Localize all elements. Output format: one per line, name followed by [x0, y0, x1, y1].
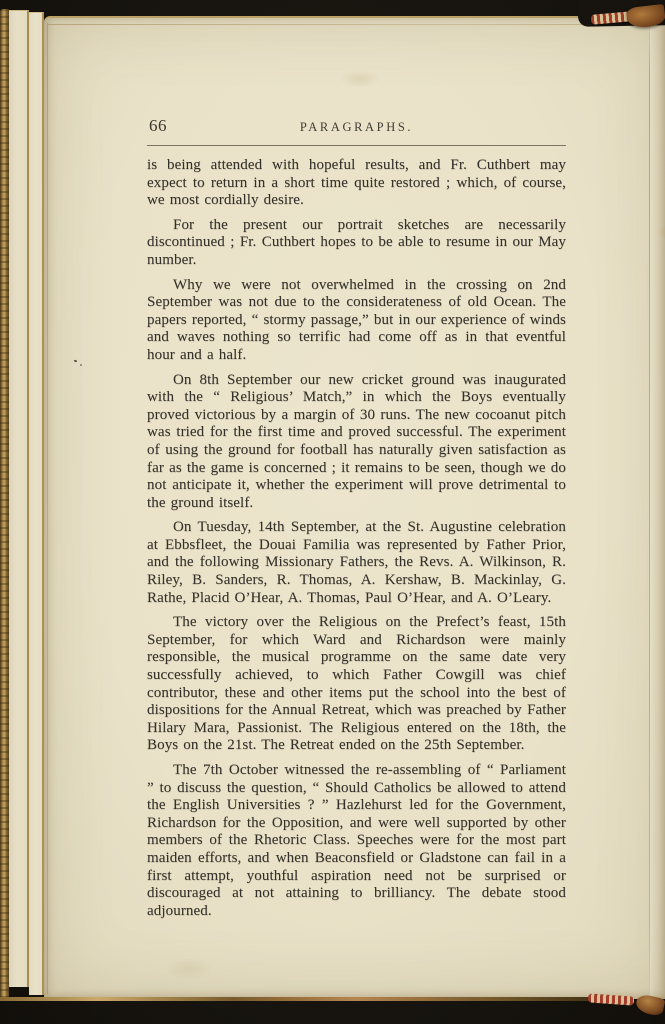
- ink-speck: [80, 364, 82, 366]
- paragraph-5: On Tuesday, 14th September, at the St. A…: [147, 519, 566, 607]
- paper-stain: [340, 70, 380, 88]
- paragraph-4: On 8th September our new cricket ground …: [147, 372, 566, 513]
- header-rule: [147, 145, 566, 146]
- book-gilt-edge-strip: [0, 9, 9, 1000]
- headband-thread-bottom: [588, 993, 635, 1005]
- underlying-page-edge-inner: [29, 12, 44, 995]
- running-title: PARAGRAPHS.: [147, 116, 566, 135]
- paragraph-7: The 7th October witnessed the re-assembl…: [147, 762, 566, 920]
- page-under-edge-vertical: [47, 23, 48, 994]
- paper-stain: [164, 958, 214, 980]
- page-under-edge-horizontal: [48, 24, 638, 25]
- text-block: is being attended with hopeful results, …: [147, 157, 566, 927]
- underlying-page-edge-outer: [9, 10, 29, 987]
- page-number: 66: [149, 116, 167, 136]
- paragraph-1: is being attended with hopeful results, …: [147, 157, 566, 210]
- paragraph-6: The victory over the Religious on the Pr…: [147, 614, 566, 755]
- page-header: 66 PARAGRAPHS.: [147, 116, 566, 140]
- paragraph-2: For the present our portrait sketches ar…: [147, 217, 566, 270]
- book-page: 66 PARAGRAPHS. is being attended with ho…: [44, 16, 665, 999]
- book-bottom-gilt-edge: [0, 997, 612, 1001]
- book-scan: 66 PARAGRAPHS. is being attended with ho…: [0, 0, 665, 1024]
- paragraph-3: Why we were not overwhelmed in the cross…: [147, 277, 566, 365]
- gutter-shadow: [650, 18, 665, 999]
